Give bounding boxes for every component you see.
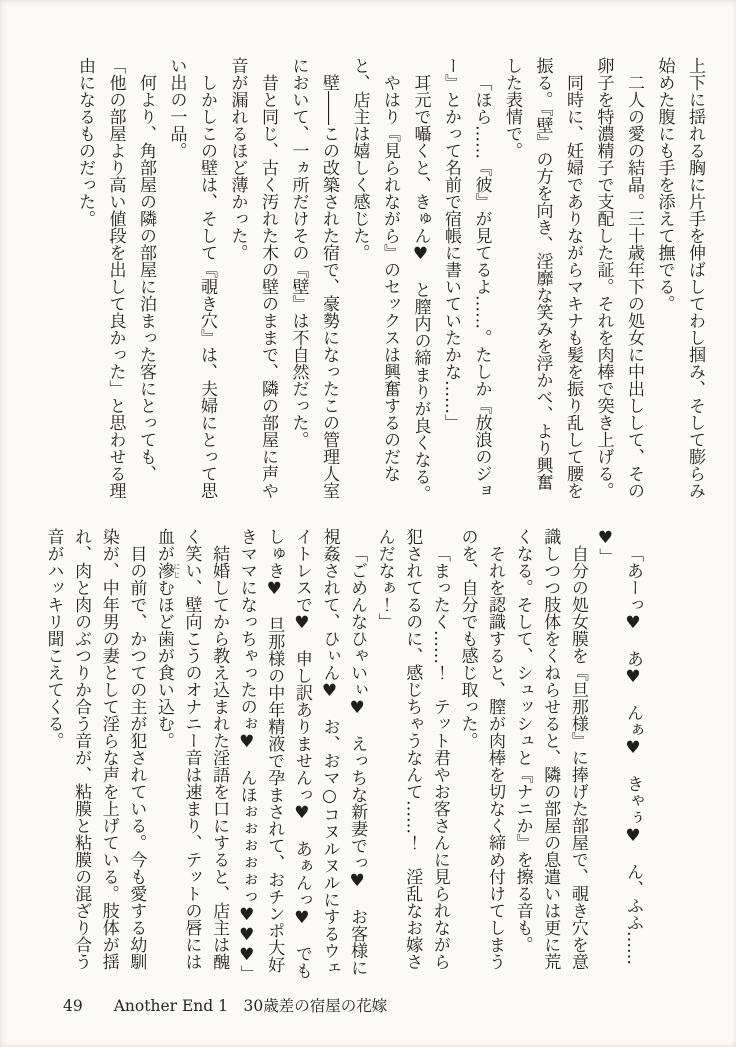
paragraph: 結婚してから教え込まれた淫語を口にすると、店主は醜く笑い、壁向こうのオナニー音は… — [149, 528, 232, 980]
paragraph: やはり『見られながら』のセックスは興奮するのだなと、店主は嬉しく感じた。 — [344, 57, 405, 503]
novel-page: 上下に揺れる胸に片手を伸ばしてわし掴み、そして膨らみ始めた腹にも手を添えて撫でる… — [0, 0, 736, 1047]
paragraph: 自分の処女膜を『旦那様』に捧げた部屋で、覗き穴を意識しつつ肢体をくねらせると、隣… — [508, 528, 591, 980]
chapter-title: Another End 1 30歳差の宿屋の花嫁 — [114, 994, 387, 1016]
paragraph: 耳元で囁くと、きゅん♥ と膣内の締まりが良くなる。 — [405, 57, 436, 503]
furigana: 滲にじ — [154, 562, 174, 579]
paragraph: 昔と同じ、古く汚れた木の壁のままで、隣の部屋に声や音が漏れるほど薄かった。 — [222, 57, 283, 503]
paragraph: しかしこの壁は、そして『覗き穴』は、夫婦にとって思い出の一品。 — [161, 57, 222, 503]
paragraph: 上下に揺れる胸に片手を伸ばしてわし掴み、そして膨らみ始めた腹にも手を添えて撫でる… — [649, 57, 710, 503]
text-block-top: 上下に揺れる胸に片手を伸ばしてわし掴み、そして膨らみ始めた腹にも手を添えて撫でる… — [70, 57, 711, 503]
paragraph: 「ほら……『彼』が見てるよ……。たしか『放浪のジョー』とかって名前で宿帳に書いて… — [436, 57, 497, 503]
paragraph: 「あーっ♥ あ♥ んぁ♥ きゃぅ♥ ん、ふふ……♥」 — [591, 528, 646, 980]
paragraph: 同時に、妊婦でありながらマキナも髪を振り乱して腰を振る。『壁』の方を向き、淫靡な… — [497, 57, 589, 503]
paragraph: 二人の愛の結晶。三十歳年下の処女に中出しして、その卵子を特濃精子で支配した証。そ… — [588, 57, 649, 503]
paragraph: 「ごめんなひゃいぃ♥ えっちな新妻でっ♥ お客様に視姦されて、ひぃん♥ お、おマ… — [232, 528, 370, 980]
paragraph: 壁――この改築された宿で、豪勢になったこの管理人室において、一ヵ所だけその『壁』… — [283, 57, 344, 503]
text-block-bottom: 「あーっ♥ あ♥ んぁ♥ きゃぅ♥ ん、ふふ……♥」自分の処女膜を『旦那様』に捧… — [39, 528, 646, 980]
page-footer: 49 Another End 1 30歳差の宿屋の花嫁 — [63, 994, 387, 1016]
paragraph: 何より、角部屋の隣の部屋に泊まった客にとっても、「他の部屋より高い値段を出して良… — [70, 57, 162, 503]
page-number: 49 — [63, 997, 83, 1015]
paragraph: 「まったく……！ テット君やお客さんに見られながら犯されてるのに、感じちゃうなん… — [370, 528, 453, 980]
paragraph: それを認識すると、膣が肉棒を切なく締め付けてしまうのを、自分でも感じ取った。 — [453, 528, 508, 980]
paragraph: 目の前で、かつての主が犯されている。今も愛する幼馴染が、中年男の妻として淫らな声… — [39, 528, 149, 980]
